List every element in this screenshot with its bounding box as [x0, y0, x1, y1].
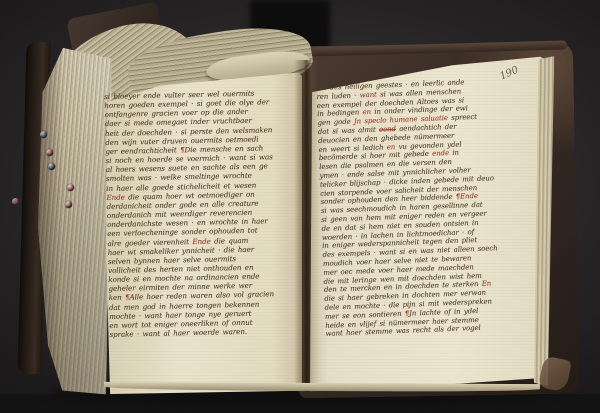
rubric-text: want [359, 90, 376, 99]
bookmark-dot [65, 201, 72, 208]
ink-text: spreect [448, 113, 477, 122]
fore-edge-page-stack [34, 48, 112, 395]
rubric-text: ¶Ende [456, 192, 478, 201]
ink-text: in [449, 149, 459, 157]
rubric-text: en [387, 143, 396, 151]
bookmark-dot [67, 184, 74, 191]
rubric-text: en [362, 108, 371, 116]
rubric-text: eend [379, 125, 396, 134]
rubric-text: ende [432, 149, 449, 158]
ink-text: sprake · want al haer woerde waren. [109, 327, 247, 339]
rubric-text: Ende [106, 192, 125, 201]
rubric-text: En [482, 280, 492, 288]
manuscript-photo: si bloeyer ende vulter seer wel ouermits… [0, 0, 600, 413]
rubric-text: Ende [192, 236, 211, 245]
bookmark-dot [40, 131, 47, 138]
ink-text: ken [109, 293, 126, 302]
bookmark-dot [46, 149, 53, 156]
right-page-text: vol des heiligen geestes · en leerlic an… [316, 76, 524, 339]
bookmark-dot [12, 198, 19, 205]
left-page-text: si bloeyer ende vulter seer wel ouermits… [104, 88, 304, 340]
bookmark-dot [48, 163, 55, 170]
